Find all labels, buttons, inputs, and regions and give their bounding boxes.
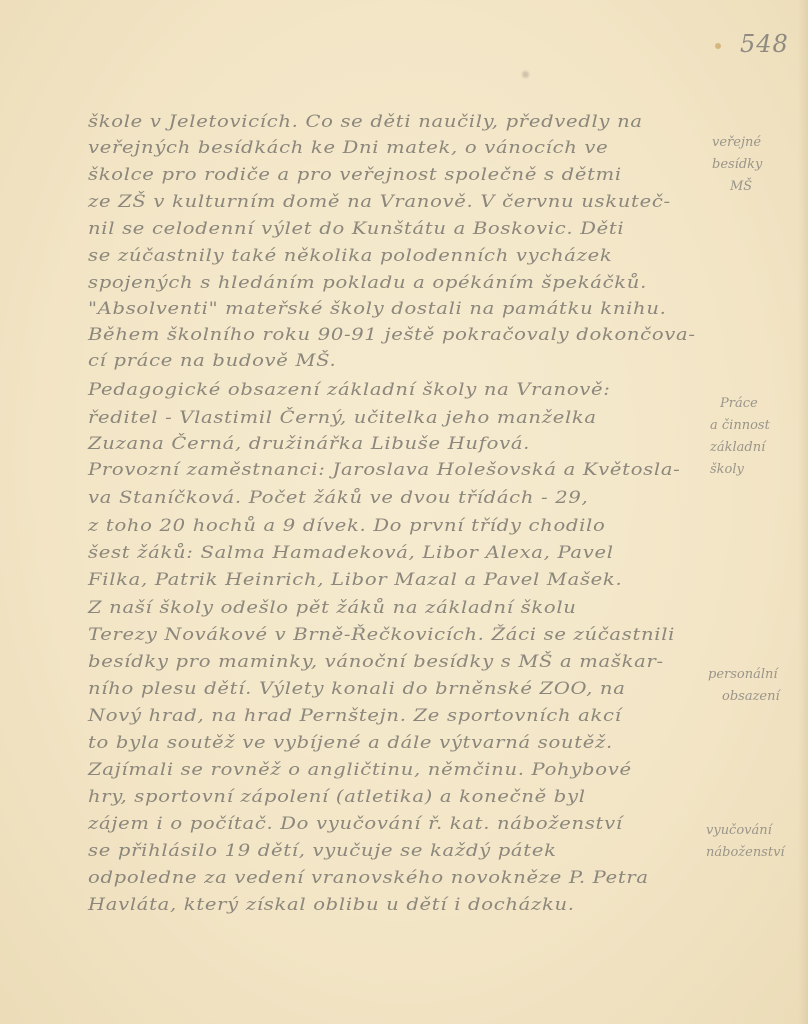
margin-note-line: Práce <box>710 393 770 415</box>
text-line: ze ZŠ v kulturním domě na Vranově. V čer… <box>88 192 671 212</box>
text-line: z toho 20 hochů a 9 dívek. Do první tříd… <box>88 516 605 536</box>
text-line: Havláta, který získal oblibu u dětí i do… <box>88 895 575 915</box>
ink-dot-mark <box>715 43 721 49</box>
text-line: Z naší školy odešlo pět žáků na základní… <box>88 598 577 618</box>
margin-note-personalni-obsazeni: personální obsazení <box>708 664 780 708</box>
text-line: ředitel - Vlastimil Černý, učitelka jeho… <box>88 408 597 428</box>
text-line: Terezy Novákové v Brně-Řečkovicích. Žáci… <box>88 625 675 645</box>
text-line: se zúčastnily také několika polodenních … <box>88 246 612 266</box>
paper-stain-mark <box>522 71 529 78</box>
text-line: to byla soutěž ve vybíjené a dále výtvar… <box>88 733 613 753</box>
text-line: školce pro rodiče a pro veřejnost společ… <box>88 165 622 185</box>
margin-note-line: veřejné <box>712 132 762 154</box>
margin-note-line: obsazení <box>708 686 780 708</box>
text-line: hry, sportovní zápolení (atletika) a kon… <box>88 787 586 807</box>
margin-note-line: školy <box>710 459 770 481</box>
page-edge-shadow <box>798 0 808 1024</box>
text-line: Filka, Patrik Heinrich, Libor Mazal a Pa… <box>88 570 622 590</box>
margin-note-vyucovani-nabozenstvi: vyučování náboženství <box>706 820 785 864</box>
text-line: ního plesu dětí. Výlety konali do brněns… <box>88 679 626 699</box>
page-number: 548 <box>740 30 789 58</box>
text-line: šest žáků: Salma Hamadeková, Libor Alexa… <box>88 543 614 563</box>
text-line: veřejných besídkách ke Dni matek, o váno… <box>88 138 608 158</box>
margin-note-line: náboženství <box>706 842 785 864</box>
margin-note-line: a činnost <box>710 415 770 437</box>
margin-note-line: vyučování <box>706 820 785 842</box>
text-line: nil se celodenní výlet do Kunštátu a Bos… <box>88 219 624 239</box>
margin-note-prace-a-cinnost: Práce a činnost základní školy <box>710 393 770 481</box>
document-page: 548 škole v Jeletovicích. Co se děti nau… <box>0 0 808 1024</box>
text-line: cí práce na budově MŠ. <box>88 351 336 371</box>
text-line: Během školního roku 90-91 ještě pokračov… <box>88 325 696 345</box>
text-line: škole v Jeletovicích. Co se děti naučily… <box>88 112 643 132</box>
text-line: odpoledne za vedení vranovského novokněz… <box>88 868 649 888</box>
margin-note-line: personální <box>708 664 780 686</box>
text-line: Nový hrad, na hrad Pernštejn. Ze sportov… <box>88 706 622 726</box>
text-line: Zuzana Černá, družinářka Libuše Hufová. <box>88 434 530 454</box>
text-line: zájem i o počítač. Do vyučování ř. kat. … <box>88 814 623 834</box>
margin-note-line: základní <box>710 437 770 459</box>
margin-note-line: MŠ <box>712 176 762 198</box>
text-line: spojených s hledáním pokladu a opékáním … <box>88 273 647 293</box>
margin-note-verejne-besidky: veřejné besídky MŠ <box>712 132 762 198</box>
text-line: besídky pro maminky, vánoční besídky s M… <box>88 652 664 672</box>
text-line: Zajímali se rovněž o angličtinu, němčinu… <box>88 760 632 780</box>
text-line: se přihlásilo 19 dětí, vyučuje se každý … <box>88 841 557 861</box>
text-line: Pedagogické obsazení základní školy na V… <box>88 380 611 400</box>
text-line: va Staníčková. Počet žáků ve dvou třídác… <box>88 488 588 508</box>
margin-note-line: besídky <box>712 154 762 176</box>
text-line: "Absolventi" mateřské školy dostali na p… <box>88 299 667 319</box>
text-line: Provozní zaměstnanci: Jaroslava Holešovs… <box>88 460 680 480</box>
